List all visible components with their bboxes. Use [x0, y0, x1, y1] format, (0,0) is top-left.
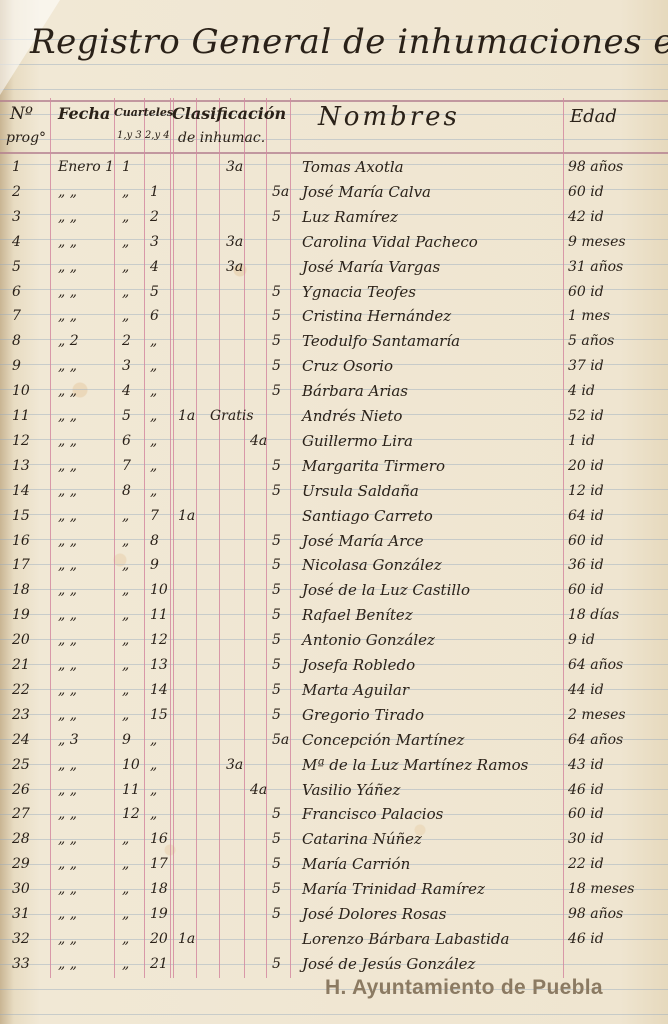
entry-cuartel-1-3: „ [122, 927, 129, 952]
entry-cuartel-2-4: 7 [150, 504, 159, 529]
entry-number: 33 [12, 952, 30, 977]
entry-number: 28 [12, 827, 30, 852]
entry-clasificacion: 5 [272, 703, 281, 728]
entry-clasificacion: 5a [272, 180, 289, 205]
entry-name: Cristina Hernández [302, 304, 451, 329]
entry-date: „ „ [58, 603, 77, 628]
entry-age: 64 años [568, 653, 623, 678]
entry-clasificacion-note: Gratis [210, 404, 254, 429]
entry-clasificacion: 5 [272, 379, 281, 404]
entry-name: Lorenzo Bárbara Labastida [302, 927, 509, 952]
table-row: 13„ „7„5Margarita Tirmero20 id [0, 454, 668, 479]
entry-number: 5 [12, 255, 21, 280]
entry-name: José María Arce [302, 529, 424, 554]
entry-name: Antonio González [302, 628, 435, 653]
entry-date: „ „ [58, 304, 77, 329]
entry-age: 1 mes [568, 304, 610, 329]
header-prog: prog° [6, 130, 46, 146]
entry-date: „ „ [58, 553, 77, 578]
table-row: 2„ „„15aJosé María Calva60 id [0, 180, 668, 205]
entry-date: „ „ [58, 778, 77, 803]
entry-cuartel-2-4: 15 [150, 703, 168, 728]
entry-age: 42 id [568, 205, 604, 230]
header-cuarteles-sub: 1,y 3 2,y 4 [117, 130, 170, 141]
entry-age: 44 id [568, 678, 604, 703]
entry-number: 14 [12, 479, 30, 504]
entry-clasificacion: 5 [272, 304, 281, 329]
entry-clasificacion: 5 [272, 902, 281, 927]
entry-clasificacion: 5 [272, 827, 281, 852]
entry-cuartel-1-3: „ [122, 852, 129, 877]
entry-clasificacion: 5 [272, 678, 281, 703]
entry-clasificacion: 5 [272, 877, 281, 902]
entry-date: „ „ [58, 280, 77, 305]
entry-date: Enero 1 [58, 155, 114, 180]
entry-cuartel-2-4: 11 [150, 603, 168, 628]
entry-number: 4 [12, 230, 21, 255]
entry-cuartel-1-3: „ [122, 603, 129, 628]
entry-cuartel-1-3: 2 [122, 329, 131, 354]
entry-cuartel-1-3: 1 [122, 155, 131, 180]
entry-date: „ „ [58, 529, 77, 554]
table-row: 22„ „„145Marta Aguilar44 id [0, 678, 668, 703]
entry-clasificacion: 3a [226, 255, 243, 280]
table-row: 29„ „„175María Carrión22 id [0, 852, 668, 877]
entry-age: 60 id [568, 280, 604, 305]
entry-number: 1 [12, 155, 21, 180]
entry-name: Marta Aguilar [302, 678, 409, 703]
entry-cuartel-2-4: 17 [150, 852, 168, 877]
entry-clasificacion: 5 [272, 553, 281, 578]
entry-cuartel-1-3: „ [122, 578, 129, 603]
entry-number: 30 [12, 877, 30, 902]
entry-clasificacion: 3a [226, 230, 243, 255]
entry-age: 5 años [568, 329, 614, 354]
entry-cuartel-2-4: „ [150, 404, 157, 429]
entry-number: 23 [12, 703, 30, 728]
table-row: 7„ „„65Cristina Hernández1 mes [0, 304, 668, 329]
entry-cuartel-1-3: 4 [122, 379, 131, 404]
entry-date: „ „ [58, 628, 77, 653]
entry-number: 10 [12, 379, 30, 404]
table-row: 31„ „„195José Dolores Rosas98 años [0, 902, 668, 927]
entry-cuartel-2-4: „ [150, 454, 157, 479]
entry-number: 27 [12, 802, 30, 827]
entry-name: Rafael Benítez [302, 603, 413, 628]
entry-date: „ „ [58, 802, 77, 827]
entry-date: „ „ [58, 180, 77, 205]
entry-name: Francisco Palacios [302, 802, 443, 827]
table-row: 30„ „„185María Trinidad Ramírez18 meses [0, 877, 668, 902]
entry-date: „ „ [58, 479, 77, 504]
entry-cuartel-2-4: 4 [150, 255, 159, 280]
entry-age: 18 días [568, 603, 619, 628]
entry-cuartel-2-4: 10 [150, 578, 168, 603]
entry-date: „ „ [58, 354, 77, 379]
entry-cuartel-1-3: „ [122, 205, 129, 230]
entry-date: „ „ [58, 753, 77, 778]
table-row: 18„ „„105José de la Luz Castillo60 id [0, 578, 668, 603]
entry-age: 98 años [568, 902, 623, 927]
entry-cuartel-2-4: „ [150, 753, 157, 778]
entry-cuartel-2-4: „ [150, 329, 157, 354]
entry-cuartel-2-4: 9 [150, 553, 159, 578]
entry-date: „ „ [58, 952, 77, 977]
entry-cuartel-2-4: 20 [150, 927, 168, 952]
table-row: 23„ „„155Gregorio Tirado2 meses [0, 703, 668, 728]
entry-number: 9 [12, 354, 21, 379]
entry-age: 9 id [568, 628, 595, 653]
entry-clasificacion: 1a [178, 504, 195, 529]
header-cuarteles: Cuarteles [114, 106, 173, 119]
entry-age: 1 id [568, 429, 595, 454]
table-row: 14„ „8„5Ursula Saldaña12 id [0, 479, 668, 504]
entry-cuartel-1-3: „ [122, 180, 129, 205]
entry-name: José Dolores Rosas [302, 902, 446, 927]
entry-cuartel-1-3: 11 [122, 778, 140, 803]
entry-age: 60 id [568, 578, 604, 603]
table-row: 26„ „11„4aVasilio Yáñez46 id [0, 778, 668, 803]
entry-number: 31 [12, 902, 30, 927]
entry-cuartel-2-4: 12 [150, 628, 168, 653]
header-no: Nº [10, 104, 33, 124]
entry-clasificacion: 1a [178, 404, 195, 429]
entry-number: 12 [12, 429, 30, 454]
entry-number: 25 [12, 753, 30, 778]
entry-number: 3 [12, 205, 21, 230]
entry-clasificacion: 4a [250, 429, 267, 454]
entry-age: 64 id [568, 504, 604, 529]
entry-cuartel-2-4: 19 [150, 902, 168, 927]
entry-cuartel-2-4: „ [150, 429, 157, 454]
entry-name: José María Vargas [302, 255, 440, 280]
entry-name: Ursula Saldaña [302, 479, 419, 504]
entry-clasificacion: 4a [250, 778, 267, 803]
watermark: H. Ayuntamiento de Puebla [325, 976, 603, 1000]
entry-name: Mª de la Luz Martínez Ramos [302, 753, 528, 778]
entry-age: 60 id [568, 529, 604, 554]
entry-name: José de Jesús González [302, 952, 475, 977]
table-row: 24„ 39„5aConcepción Martínez64 años [0, 728, 668, 753]
entry-clasificacion: 1a [178, 927, 195, 952]
entry-age: 2 meses [568, 703, 626, 728]
entry-cuartel-1-3: „ [122, 255, 129, 280]
entry-cuartel-2-4: 6 [150, 304, 159, 329]
entry-age: 37 id [568, 354, 604, 379]
entry-date: „ „ [58, 578, 77, 603]
entry-name: María Carrión [302, 852, 410, 877]
table-row: 4„ „„33aCarolina Vidal Pacheco9 meses [0, 230, 668, 255]
table-row: 17„ „„95Nicolasa González36 id [0, 553, 668, 578]
entry-clasificacion: 5 [272, 578, 281, 603]
entry-cuartel-1-3: 7 [122, 454, 131, 479]
entry-date: „ 3 [58, 728, 79, 753]
entry-name: Luz Ramírez [302, 205, 398, 230]
entry-date: „ „ [58, 404, 77, 429]
entry-name: María Trinidad Ramírez [302, 877, 485, 902]
entry-clasificacion: 5 [272, 852, 281, 877]
entry-cuartel-2-4: 8 [150, 529, 159, 554]
entry-cuartel-2-4: „ [150, 778, 157, 803]
entry-cuartel-2-4: „ [150, 379, 157, 404]
entry-cuartel-2-4: 21 [150, 952, 168, 977]
entry-name: Carolina Vidal Pacheco [302, 230, 478, 255]
table-row: 33„ „„215José de Jesús González [0, 952, 668, 977]
entry-number: 26 [12, 778, 30, 803]
table-row: 10„ „4„5Bárbara Arias4 id [0, 379, 668, 404]
entry-cuartel-1-3: 10 [122, 753, 140, 778]
table-row: 1Enero 113aTomas Axotla98 años [0, 155, 668, 180]
entry-number: 7 [12, 304, 21, 329]
entry-age: 36 id [568, 553, 604, 578]
entry-age: 12 id [568, 479, 604, 504]
entry-cuartel-2-4: 14 [150, 678, 168, 703]
entry-date: „ „ [58, 852, 77, 877]
entry-cuartel-1-3: „ [122, 653, 129, 678]
entry-cuartel-2-4: 3 [150, 230, 159, 255]
entry-cuartel-1-3: „ [122, 703, 129, 728]
entry-number: 32 [12, 927, 30, 952]
entry-cuartel-1-3: 8 [122, 479, 131, 504]
entry-date: „ „ [58, 255, 77, 280]
header-fecha: Fecha [58, 104, 110, 123]
entry-age: 60 id [568, 802, 604, 827]
table-row: 8„ 22„5Teodulfo Santamaría5 años [0, 329, 668, 354]
table-row: 21„ „„135Josefa Robledo64 años [0, 653, 668, 678]
entry-number: 15 [12, 504, 30, 529]
entry-date: „ „ [58, 877, 77, 902]
entry-cuartel-1-3: „ [122, 280, 129, 305]
entry-number: 16 [12, 529, 30, 554]
entry-number: 29 [12, 852, 30, 877]
table-row: 9„ „3„5Cruz Osorio37 id [0, 354, 668, 379]
entry-cuartel-1-3: „ [122, 529, 129, 554]
entry-age: 18 meses [568, 877, 634, 902]
entry-cuartel-1-3: „ [122, 827, 129, 852]
entry-number: 8 [12, 329, 21, 354]
table-row: 25„ „10„3aMª de la Luz Martínez Ramos43 … [0, 753, 668, 778]
entry-date: „ „ [58, 902, 77, 927]
entry-age: 46 id [568, 778, 604, 803]
entry-cuartel-2-4: „ [150, 802, 157, 827]
entry-cuartel-1-3: „ [122, 304, 129, 329]
entry-cuartel-2-4: „ [150, 728, 157, 753]
entry-age: 43 id [568, 753, 604, 778]
entry-date: „ „ [58, 927, 77, 952]
entry-date: „ 2 [58, 329, 79, 354]
entry-name: Vasilio Yáñez [302, 778, 400, 803]
entry-cuartel-1-3: „ [122, 504, 129, 529]
entry-name: José de la Luz Castillo [302, 578, 470, 603]
entry-number: 18 [12, 578, 30, 603]
entry-date: „ „ [58, 653, 77, 678]
entry-name: Cruz Osorio [302, 354, 393, 379]
entry-cuartel-1-3: „ [122, 628, 129, 653]
table-row: 16„ „„85José María Arce60 id [0, 529, 668, 554]
entry-clasificacion: 5 [272, 603, 281, 628]
table-row: 28„ „„165Catarina Núñez30 id [0, 827, 668, 852]
entry-date: „ „ [58, 678, 77, 703]
entry-cuartel-1-3: „ [122, 877, 129, 902]
entry-name: Tomas Axotla [302, 155, 404, 180]
entry-age: 30 id [568, 827, 604, 852]
entry-cuartel-1-3: 9 [122, 728, 131, 753]
entry-clasificacion: 5 [272, 280, 281, 305]
entry-date: „ „ [58, 827, 77, 852]
table-row: 32„ „„201aLorenzo Bárbara Labastida46 id [0, 927, 668, 952]
entry-number: 6 [12, 280, 21, 305]
entry-name: Catarina Núñez [302, 827, 422, 852]
entry-date: „ „ [58, 454, 77, 479]
entry-age: 22 id [568, 852, 604, 877]
entry-date: „ „ [58, 379, 77, 404]
entry-clasificacion: 5 [272, 628, 281, 653]
entry-name: Concepción Martínez [302, 728, 464, 753]
entry-date: „ „ [58, 504, 77, 529]
header-clasificacion-sub: de inhumac. [178, 130, 265, 146]
entry-age: 60 id [568, 180, 604, 205]
entry-name: Teodulfo Santamaría [302, 329, 460, 354]
table-row: 6„ „„55Ygnacia Teofes60 id [0, 280, 668, 305]
table-row: 3„ „„25Luz Ramírez42 id [0, 205, 668, 230]
entry-name: Ygnacia Teofes [302, 280, 416, 305]
entry-clasificacion: 5 [272, 952, 281, 977]
entry-age: 20 id [568, 454, 604, 479]
entry-cuartel-1-3: „ [122, 553, 129, 578]
entry-cuartel-1-3: „ [122, 902, 129, 927]
entry-number: 20 [12, 628, 30, 653]
entry-cuartel-2-4: „ [150, 354, 157, 379]
entry-number: 22 [12, 678, 30, 703]
entry-age: 98 años [568, 155, 623, 180]
entry-date: „ „ [58, 205, 77, 230]
table-row: 20„ „„125Antonio González9 id [0, 628, 668, 653]
entry-number: 17 [12, 553, 30, 578]
entry-cuartel-2-4: „ [150, 479, 157, 504]
entry-cuartel-2-4: 16 [150, 827, 168, 852]
entry-clasificacion: 5 [272, 529, 281, 554]
entry-clasificacion: 5 [272, 479, 281, 504]
entry-cuartel-1-3: 12 [122, 802, 140, 827]
header-edad: Edad [570, 106, 617, 127]
entry-clasificacion: 5a [272, 728, 289, 753]
entry-date: „ „ [58, 230, 77, 255]
entry-clasificacion: 5 [272, 329, 281, 354]
entry-cuartel-2-4: 2 [150, 205, 159, 230]
entry-clasificacion: 5 [272, 354, 281, 379]
entry-cuartel-1-3: „ [122, 230, 129, 255]
entry-name: Santiago Carreto [302, 504, 433, 529]
entry-name: Nicolasa González [302, 553, 442, 578]
entry-name: Andrés Nieto [302, 404, 402, 429]
entry-age: 4 id [568, 379, 595, 404]
table-row: 11„ „5„1aGratisAndrés Nieto52 id [0, 404, 668, 429]
entry-name: Josefa Robledo [302, 653, 415, 678]
entry-name: Bárbara Arias [302, 379, 408, 404]
entry-date: „ „ [58, 429, 77, 454]
entry-age: 31 años [568, 255, 623, 280]
header-clasificacion: Clasificación [172, 104, 286, 123]
entry-age: 46 id [568, 927, 604, 952]
entry-name: Gregorio Tirado [302, 703, 424, 728]
table-row: 19„ „„115Rafael Benítez18 días [0, 603, 668, 628]
entry-number: 2 [12, 180, 21, 205]
entry-cuartel-1-3: „ [122, 678, 129, 703]
entry-name: Margarita Tirmero [302, 454, 445, 479]
entry-cuartel-1-3: 6 [122, 429, 131, 454]
entry-name: Guillermo Lira [302, 429, 413, 454]
entry-number: 19 [12, 603, 30, 628]
entry-number: 13 [12, 454, 30, 479]
entry-cuartel-2-4: 13 [150, 653, 168, 678]
entry-number: 21 [12, 653, 30, 678]
entry-age: 9 meses [568, 230, 626, 255]
entry-cuartel-1-3: 3 [122, 354, 131, 379]
entry-age: 64 años [568, 728, 623, 753]
page-title: Registro General de inhumaciones en el P… [30, 22, 668, 62]
entry-date: „ „ [58, 703, 77, 728]
entry-number: 24 [12, 728, 30, 753]
entry-clasificacion: 5 [272, 802, 281, 827]
table-row: 12„ „6„4aGuillermo Lira1 id [0, 429, 668, 454]
entry-age: 52 id [568, 404, 604, 429]
entry-clasificacion: 5 [272, 205, 281, 230]
entry-cuartel-2-4: 1 [150, 180, 159, 205]
entry-cuartel-1-3: „ [122, 952, 129, 977]
entry-clasificacion: 3a [226, 753, 243, 778]
ledger-page: Registro General de inhumaciones en el P… [0, 0, 668, 1024]
entry-number: 11 [12, 404, 30, 429]
entry-clasificacion: 5 [272, 653, 281, 678]
table-row: 27„ „12„5Francisco Palacios60 id [0, 802, 668, 827]
entry-clasificacion: 5 [272, 454, 281, 479]
header-nombres: Nombres [318, 102, 460, 132]
entry-cuartel-1-3: 5 [122, 404, 131, 429]
entry-name: José María Calva [302, 180, 431, 205]
table-row: 5„ „„43aJosé María Vargas31 años [0, 255, 668, 280]
header-bottom-rule [0, 152, 668, 154]
entry-cuartel-2-4: 5 [150, 280, 159, 305]
entry-clasificacion: 3a [226, 155, 243, 180]
entry-cuartel-2-4: 18 [150, 877, 168, 902]
table-row: 15„ „„71aSantiago Carreto64 id [0, 504, 668, 529]
